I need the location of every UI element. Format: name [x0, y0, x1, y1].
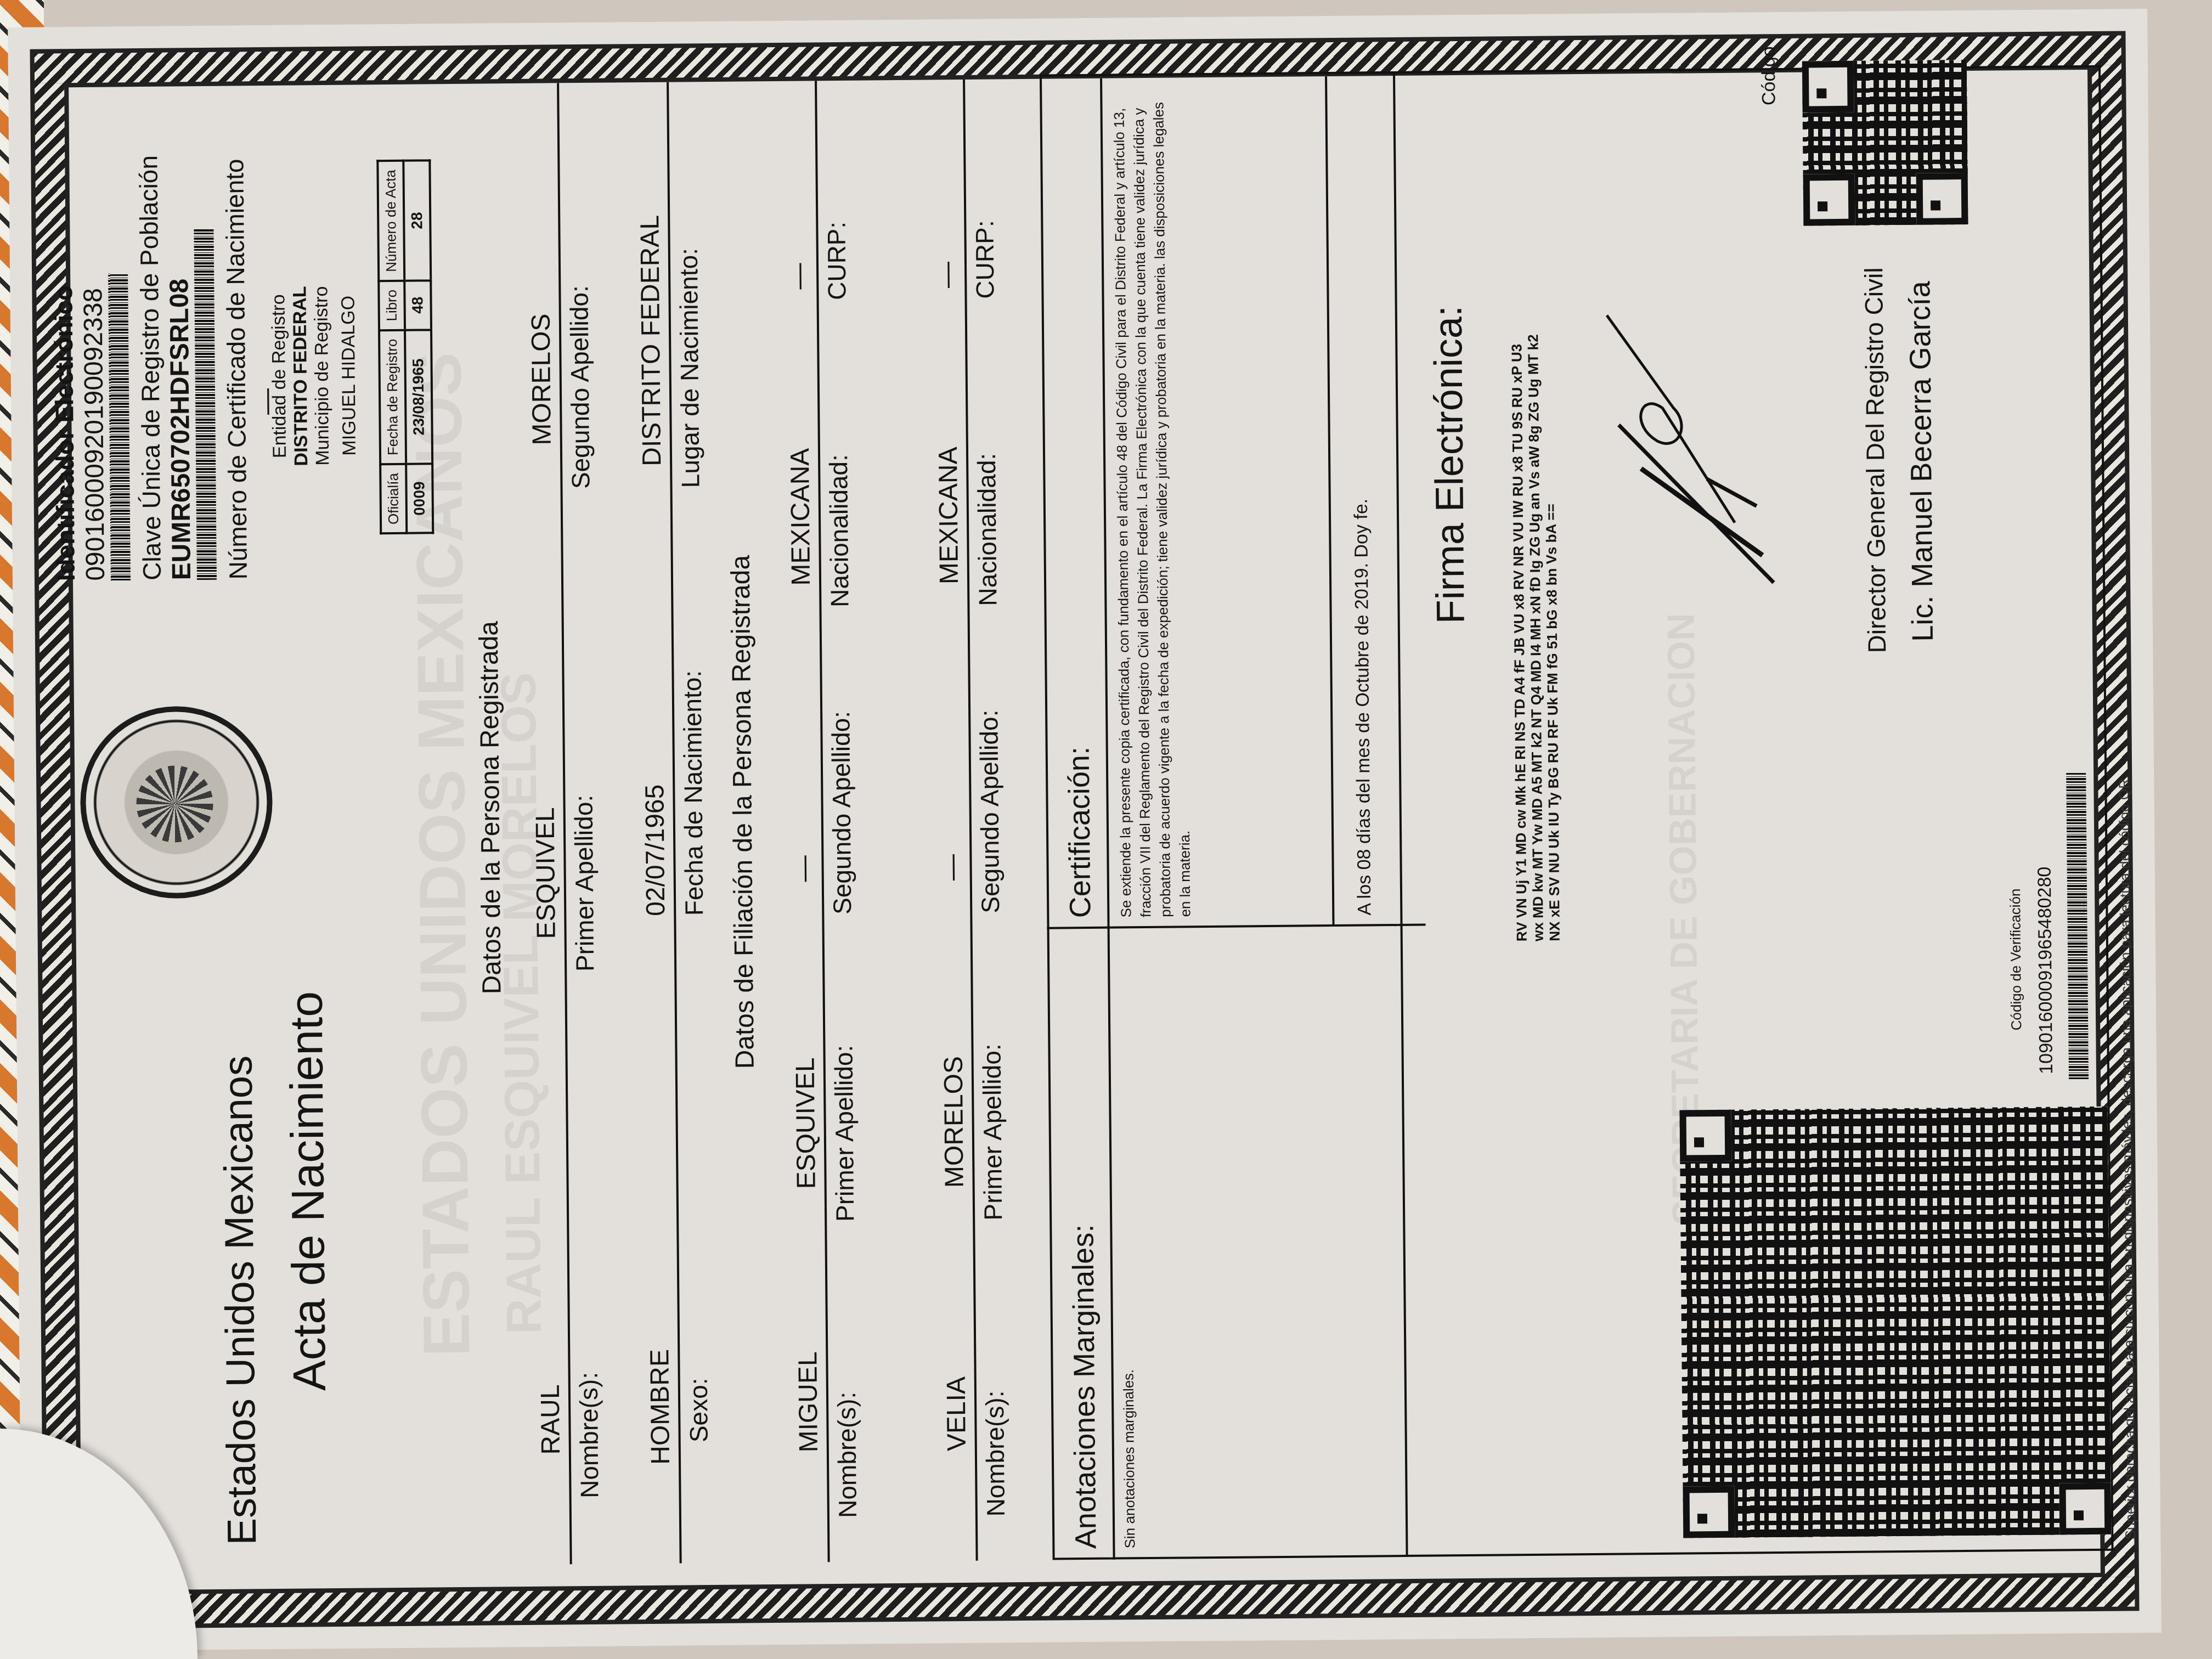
verificacion-label: Código de Verificación	[2007, 888, 2025, 1030]
small-qr-code[interactable]	[1802, 60, 1968, 226]
padre-primer-apellido-value: ESQUIVEL	[791, 1057, 822, 1189]
certificacion-title: Certificación:	[1062, 747, 1098, 918]
national-seal-icon	[80, 706, 273, 899]
table-cell: 28	[403, 161, 431, 281]
curp-label: Clave Única de Registro de Población	[133, 87, 167, 580]
table-header: Número de Acta	[377, 161, 404, 281]
identificador-value: 09016000920190092338	[76, 87, 111, 581]
padre-nombre-value: MIGUEL	[793, 1351, 824, 1453]
persona-segundo-apellido-label: Segundo Apellido:	[564, 285, 595, 489]
anotaciones-text: Sin anotaciones marginales.	[1120, 1369, 1139, 1549]
madre-nacionalidad-value: MEXICANA	[933, 447, 964, 584]
madre-curp-label: CURP:	[969, 220, 1000, 299]
table-header: Oficialía	[380, 464, 407, 533]
persona-section-title: Datos de la Persona Registrada	[474, 621, 507, 995]
persona-segundo-apellido-value: MORELOS	[526, 313, 557, 445]
padre-nacionalidad-label: Nacionalidad:	[823, 454, 854, 607]
identifiers-block: Identificador Electrónico 09016000920190…	[47, 86, 283, 582]
persona-nombre-label: Nombre(s):	[574, 1372, 605, 1498]
entidad-label: Entidad de Registro	[268, 261, 291, 492]
document-title: Acta de Nacimiento	[280, 991, 336, 1391]
barcode	[108, 273, 131, 580]
table-header: Libro	[379, 281, 405, 330]
qr-code[interactable]	[1680, 1107, 2112, 1538]
certificacion-fecha: A los 08 días del mes de Octubre de 2019…	[1351, 499, 1376, 916]
certificado-label: Número de Certificado de Nacimiento	[219, 86, 253, 579]
padre-curp-label: CURP:	[821, 222, 851, 301]
padre-nacionalidad-value: MEXICANA	[785, 448, 816, 586]
filiacion-section-title: Datos de Filiación de la Persona Registr…	[726, 555, 760, 1069]
madre-nacionalidad-label: Nacionalidad:	[972, 453, 1002, 606]
madre-primer-apellido-value: MORELOS	[939, 1056, 970, 1188]
curp-value: EUMR650702HDFSRL08	[162, 86, 197, 580]
padre-nombre-label: Nombre(s):	[832, 1392, 862, 1518]
barcode	[194, 229, 217, 580]
firma-hash: RV VN Uj Y1 MD cw Mk hE RI NS TD A4 fF J…	[1508, 334, 1563, 941]
anotaciones-title: Anotaciones Marginales:	[1066, 1224, 1103, 1549]
registro-table: Oficialía Fecha de Registro Libro Número…	[376, 160, 434, 534]
padre-segundo-apellido-value: —	[788, 855, 819, 882]
persona-sexo-label: Sexo:	[684, 1378, 714, 1442]
persona-primer-apellido-value: ESQUIVEL	[531, 807, 562, 939]
persona-primer-apellido-label: Primer Apellido:	[568, 795, 600, 972]
table-cell: 0009	[406, 464, 433, 533]
municipio-value: MIGUEL HIDALGO	[337, 261, 361, 491]
signature-icon	[1596, 303, 1785, 590]
country-title: Estados Unidos Mexicanos	[215, 1056, 266, 1545]
persona-nombre-value: RAUL	[535, 1384, 566, 1455]
verificacion-value: 109016000919654802​80	[2034, 866, 2057, 1074]
registro-block: Entidad de Registro DISTRITO FEDERAL Mun…	[268, 261, 361, 492]
certificacion-text: Se extiende la presente copia certificad…	[1109, 88, 1195, 917]
madre-nombre-label: Nombre(s):	[980, 1390, 1011, 1516]
entidad-value: DISTRITO FEDERAL	[289, 261, 313, 491]
madre-curp-value: —	[932, 262, 962, 288]
table-cell: 48	[404, 280, 431, 330]
document-page: ESTADOS UNIDOS MEXICANOS RAUL ESQUIVEL M…	[8, 9, 2162, 1651]
persona-fecha-nacimiento-label: Fecha de Nacimiento:	[677, 670, 709, 916]
qr-code-label: Código	[1758, 46, 1780, 105]
persona-sexo-value: HOMBRE	[645, 1349, 676, 1465]
table-cell: 23/08/1965	[405, 330, 432, 464]
padre-primer-apellido-label: Primer Apellido:	[828, 1045, 860, 1222]
madre-segundo-apellido-label: Segundo Apellido:	[974, 709, 1005, 913]
table-header: Fecha de Registro	[379, 330, 406, 464]
madre-segundo-apellido-value: —	[936, 854, 967, 881]
director-title: Director General Del Registro Civil	[1859, 267, 1892, 653]
eagle-emblem-icon	[136, 765, 213, 843]
persona-lugar-nacimiento-label: Lugar de Nacimiento:	[674, 248, 706, 488]
municipio-label: Municipio de Registro	[311, 261, 334, 491]
persona-lugar-nacimiento-value: DISTRITO FEDERAL	[635, 215, 667, 466]
barcode	[2066, 772, 2089, 1079]
identificador-label: Identificador Electrónico	[47, 87, 81, 581]
padre-segundo-apellido-label: Segundo Apellido:	[826, 711, 857, 915]
madre-nombre-value: VELIA	[941, 1376, 972, 1452]
director-name: Lic. Manuel Becerra García	[1903, 281, 1940, 642]
madre-primer-apellido-label: Primer Apellido:	[977, 1043, 1008, 1221]
persona-fecha-nacimiento-value: 02/07/1965	[640, 784, 671, 916]
padre-curp-value: —	[783, 263, 814, 289]
firma-title: Firma Electrónica:	[1426, 306, 1474, 624]
